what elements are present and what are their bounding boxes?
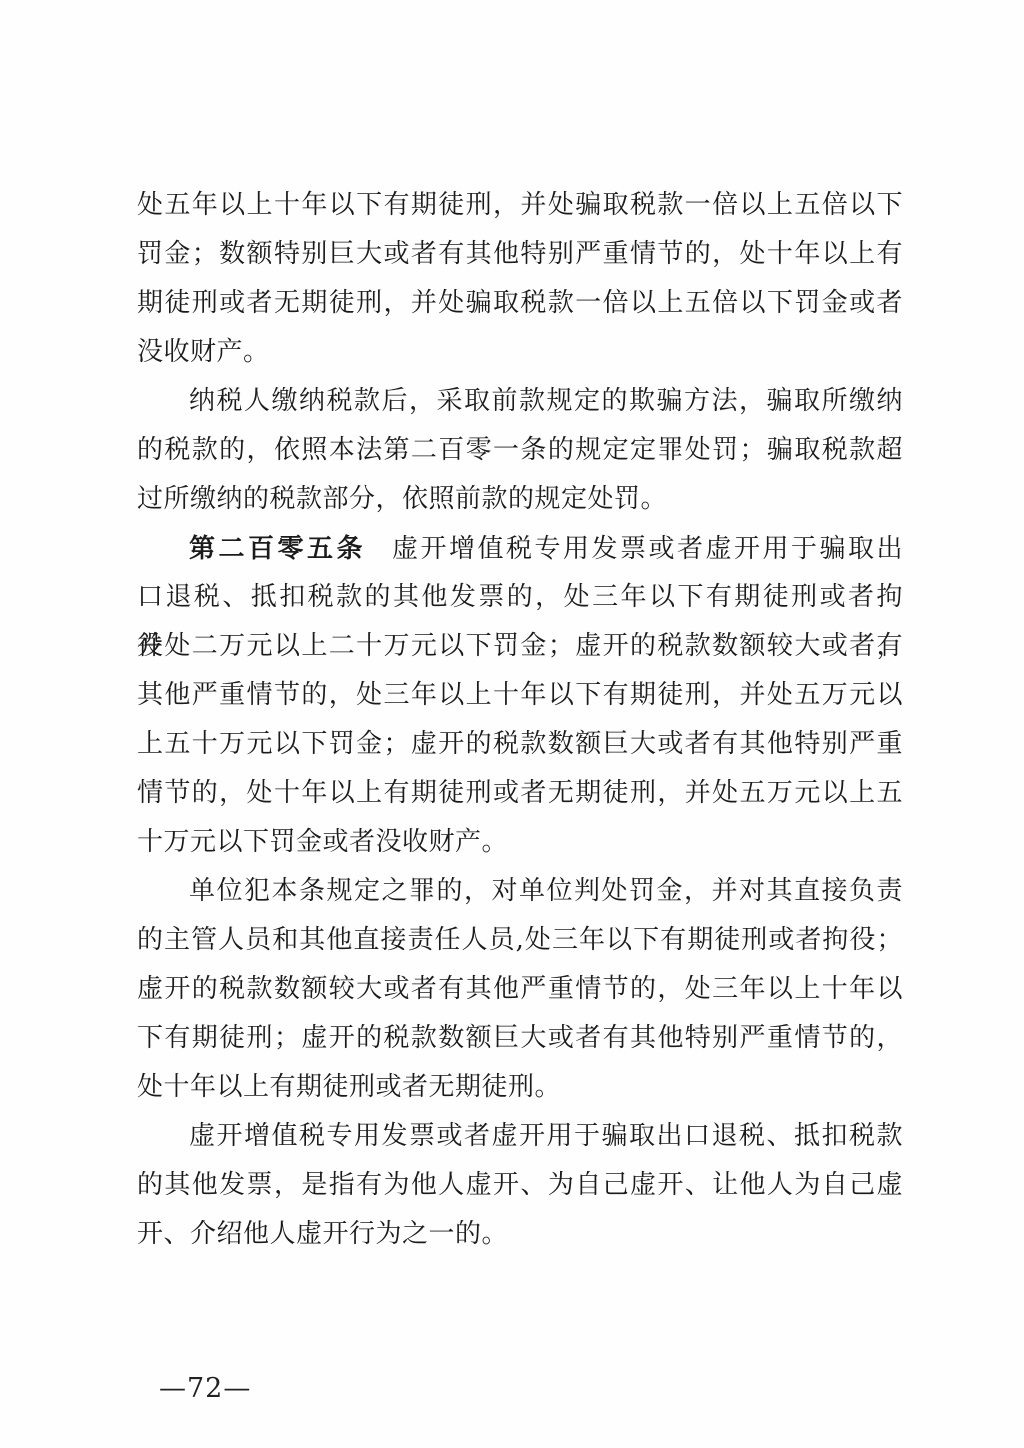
page: 处五年以上十年以下有期徒刑，并处骗取税款一倍以上五倍以下罚金；数额特别巨大或者有… [0, 0, 1024, 1448]
text-line: 第二百零五条虚开增值税专用发票或者虚开用于骗取出 [137, 524, 903, 573]
text-line: 的主管人员和其他直接责任人员,处三年以下有期徒刑或者拘役； [137, 916, 903, 965]
text-line: 期徒刑或者无期徒刑，并处骗取税款一倍以上五倍以下罚金或者 [137, 279, 903, 328]
text-line: 开、介绍他人虚开行为之一的。 [137, 1210, 903, 1259]
text-line: 十万元以下罚金或者没收财产。 [137, 818, 903, 867]
text-line: 情节的，处十年以上有期徒刑或者无期徒刑，并处五万元以上五 [137, 769, 903, 818]
text-line: 并处二万元以上二十万元以下罚金；虚开的税款数额较大或者有 [137, 622, 903, 671]
paragraph: 单位犯本条规定之罪的，对单位判处罚金，并对其直接负责的主管人员和其他直接责任人员… [137, 867, 903, 1112]
page-number: —72— [159, 1371, 251, 1407]
text-line: 虚开增值税专用发票或者虚开用于骗取出口退税、抵扣税款 [137, 1112, 903, 1161]
text-line: 罚金；数额特别巨大或者有其他特别严重情节的，处十年以上有 [137, 230, 903, 279]
text-line: 的其他发票，是指有为他人虚开、为自己虚开、让他人为自己虚 [137, 1161, 903, 1210]
text-line: 没收财产。 [137, 328, 903, 377]
text-line: 纳税人缴纳税款后，采取前款规定的欺骗方法，骗取所缴纳 [137, 377, 903, 426]
paragraph: 处五年以上十年以下有期徒刑，并处骗取税款一倍以上五倍以下罚金；数额特别巨大或者有… [137, 181, 903, 377]
text-line: 过所缴纳的税款部分，依照前款的规定处罚。 [137, 475, 903, 524]
text-line: 的税款的，依照本法第二百零一条的规定定罪处罚；骗取税款超 [137, 426, 903, 475]
text-line: 单位犯本条规定之罪的，对单位判处罚金，并对其直接负责 [137, 867, 903, 916]
article-number-heading: 第二百零五条 [189, 533, 366, 563]
text-line: 虚开的税款数额较大或者有其他严重情节的，处三年以上十年以 [137, 965, 903, 1014]
text-line: 处十年以上有期徒刑或者无期徒刑。 [137, 1063, 903, 1112]
text-line: 其他严重情节的，处三年以上十年以下有期徒刑，并处五万元以 [137, 671, 903, 720]
paragraph: 虚开增值税专用发票或者虚开用于骗取出口退税、抵扣税款的其他发票，是指有为他人虚开… [137, 1112, 903, 1259]
paragraph: 第二百零五条虚开增值税专用发票或者虚开用于骗取出口退税、抵扣税款的其他发票的，处… [137, 524, 903, 867]
text-line: 口退税、抵扣税款的其他发票的，处三年以下有期徒刑或者拘役， [137, 573, 903, 622]
text-line: 上五十万元以下罚金；虚开的税款数额巨大或者有其他特别严重 [137, 720, 903, 769]
paragraph: 纳税人缴纳税款后，采取前款规定的欺骗方法，骗取所缴纳的税款的，依照本法第二百零一… [137, 377, 903, 524]
document-body: 处五年以上十年以下有期徒刑，并处骗取税款一倍以上五倍以下罚金；数额特别巨大或者有… [137, 181, 903, 1259]
text-line: 下有期徒刑；虚开的税款数额巨大或者有其他特别严重情节的， [137, 1014, 903, 1063]
text-line: 处五年以上十年以下有期徒刑，并处骗取税款一倍以上五倍以下 [137, 181, 903, 230]
